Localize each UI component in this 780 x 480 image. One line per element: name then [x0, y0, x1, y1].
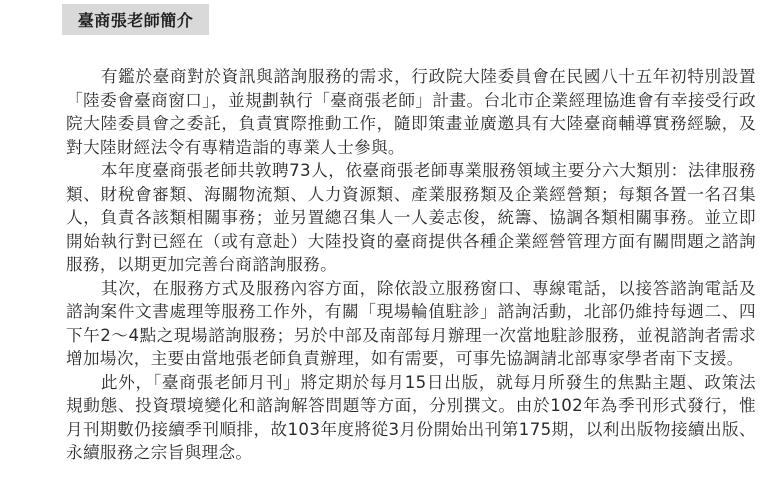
paragraph-intro: 有鑑於臺商對於資訊與諮詢服務的需求，行政院大陸委員會在民國八十五年初特別設置「陸… — [66, 65, 756, 159]
section-title-box: 臺商張老師簡介 — [62, 4, 209, 35]
paragraph-staffing: 本年度臺商張老師共敦聘73人，依臺商張老師專業服務領域主要分六大類別：法律服務類… — [66, 159, 756, 277]
paragraph-monthly-publication: 此外，「臺商張老師月刊」將定期於每月15日出版，就每月所發生的焦點主題、政策法規… — [66, 371, 756, 465]
paragraph-services: 其次，在服務方式及服務內容方面，除依設立服務窗口、專線電話，以接答諮詢電話及諮詢… — [66, 277, 756, 371]
article-body: 有鑑於臺商對於資訊與諮詢服務的需求，行政院大陸委員會在民國八十五年初特別設置「陸… — [66, 65, 756, 465]
section-title: 臺商張老師簡介 — [78, 8, 194, 31]
